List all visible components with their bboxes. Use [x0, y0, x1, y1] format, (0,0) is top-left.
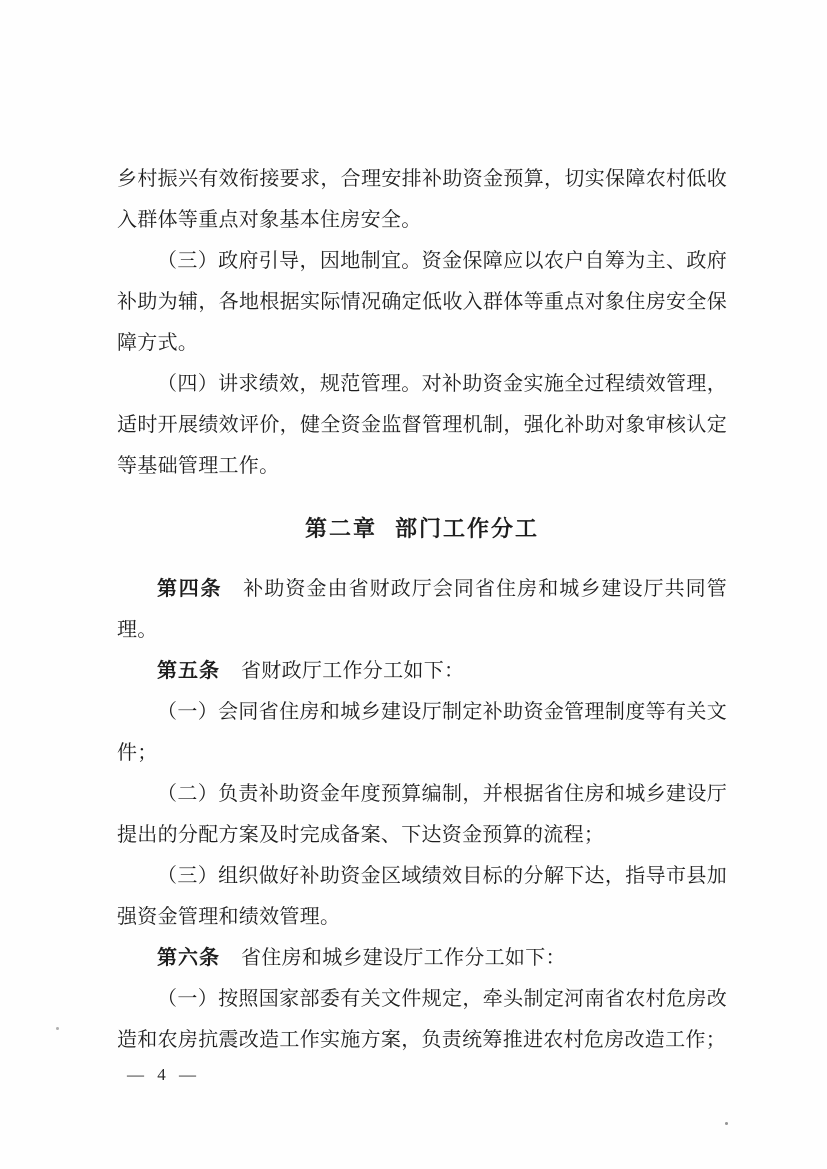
scan-speck — [725, 1122, 728, 1125]
article-4-paragraph: 第四条补助资金由省财政厅会同省住房和城乡建设厅共同管理。 — [117, 569, 727, 651]
article-5-item-2: （二）负责补助资金年度预算编制，并根据省住房和城乡建设厅提出的分配方案及时完成备… — [117, 774, 727, 856]
document-body: 乡村振兴有效衔接要求，合理安排补助资金预算，切实保障农村低收入群体等重点对象基本… — [117, 159, 727, 1061]
scan-speck — [56, 1027, 59, 1030]
document-page: 乡村振兴有效衔接要求，合理安排补助资金预算，切实保障农村低收入群体等重点对象基本… — [0, 0, 827, 1169]
article-6-paragraph: 第六条省住房和城乡建设厅工作分工如下： — [117, 938, 727, 979]
article-5-item-1: （一）会同省住房和城乡建设厅制定补助资金管理制度等有关文件； — [117, 692, 727, 774]
article-5-paragraph: 第五条省财政厅工作分工如下： — [117, 651, 727, 692]
article-5-term: 第五条 — [157, 660, 220, 682]
paragraph-continued: 乡村振兴有效衔接要求，合理安排补助资金预算，切实保障农村低收入群体等重点对象基本… — [117, 159, 727, 241]
chapter-heading: 第二章部门工作分工 — [117, 508, 727, 549]
article-6-term: 第六条 — [157, 947, 220, 969]
chapter-number: 第二章 — [305, 516, 377, 541]
paragraph-principle-3: （三）政府引导，因地制宜。资金保障应以农户自筹为主、政府补助为辅，各地根据实际情… — [117, 241, 727, 364]
article-6-item-1: （一）按照国家部委有关文件规定，牵头制定河南省农村危房改造和农房抗震改造工作实施… — [117, 979, 727, 1061]
article-4-term: 第四条 — [157, 578, 222, 600]
chapter-title: 部门工作分工 — [395, 516, 539, 541]
article-6-text: 省住房和城乡建设厅工作分工如下： — [241, 947, 566, 969]
paragraph-principle-4: （四）讲求绩效，规范管理。对补助资金实施全过程绩效管理，适时开展绩效评价，健全资… — [117, 364, 727, 487]
article-5-text: 省财政厅工作分工如下： — [241, 660, 464, 682]
article-5-item-3: （三）组织做好补助资金区域绩效目标的分解下达，指导市县加强资金管理和绩效管理。 — [117, 856, 727, 938]
page-number: — 4 — — [127, 1063, 197, 1087]
